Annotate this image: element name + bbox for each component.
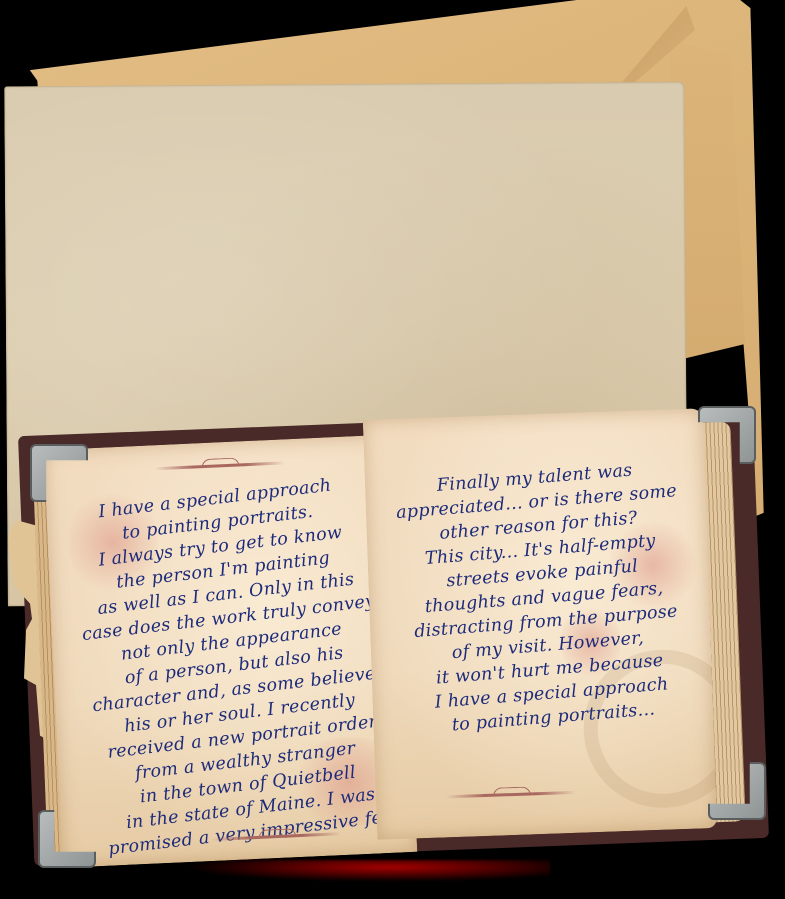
left-page-text: I have a special approach to painting po…	[52, 468, 416, 863]
journal-left-page[interactable]: I have a special approach to painting po…	[44, 434, 418, 868]
right-page-text: Finally my talent was appreciated... or …	[379, 454, 709, 742]
journal-right-page[interactable]: Finally my talent was appreciated... or …	[363, 408, 717, 840]
top-flourish-ornament	[155, 461, 285, 470]
bottom-flourish-ornament	[446, 791, 576, 799]
journal-book[interactable]: I have a special approach to painting po…	[8, 402, 768, 882]
blood-splatter	[150, 860, 550, 884]
